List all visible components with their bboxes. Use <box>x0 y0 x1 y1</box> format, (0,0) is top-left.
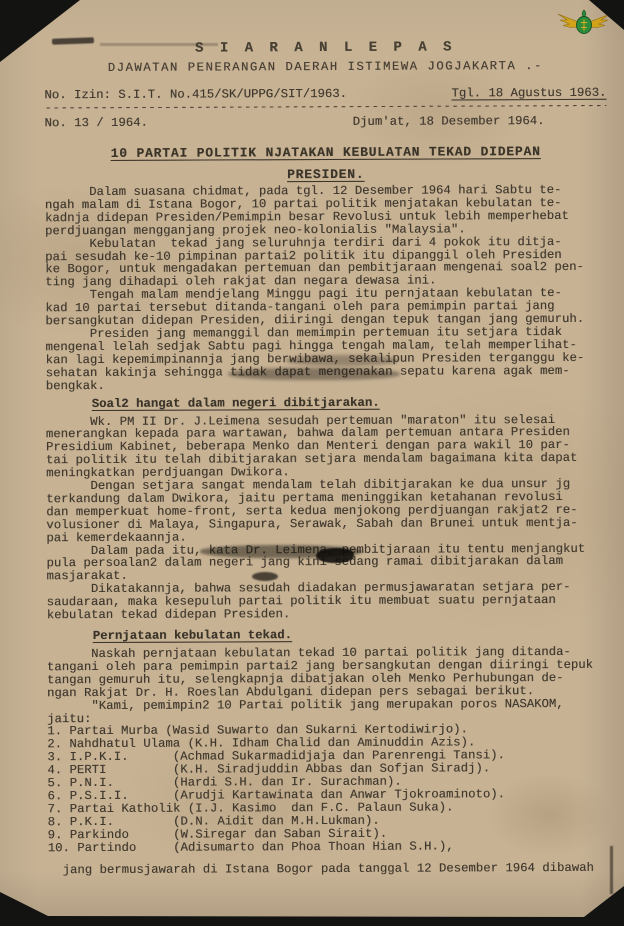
parties-list: 1. Partai Murba (Wasid Suwarto dan Sukar… <box>47 723 610 855</box>
permit-number: No. Izin: S.I.T. No.415/SK/UPPG/SIT/1963… <box>44 88 347 102</box>
paragraph-7: Dalam pada itu, kata Dr. Leimena, pembit… <box>46 542 608 583</box>
paragraph-8: Dikatakannja, bahwa sesudah diadakan per… <box>47 581 609 622</box>
paragraph-9: Naskah pernjataan kebulatan tekad 10 par… <box>47 646 609 726</box>
paragraph-5: Wk. PM II Dr. J.Leimena sesudah pertemua… <box>46 413 608 480</box>
party-row: 10. Partindo (Adisumarto dan Phoa Thoan … <box>48 839 610 854</box>
permit-row: No. Izin: S.I.T. No.415/SK/UPPG/SIT/1963… <box>44 87 606 102</box>
masthead-agency: DJAWATAN PENERANGAN DAERAH ISTIMEWA JOGJ… <box>44 59 606 75</box>
closing-line: jang bermusjawarah di Istana Bogor pada … <box>48 861 610 876</box>
scanned-document-page: S I A R A N L E P A S DJAWATAN PENERANGA… <box>0 0 624 926</box>
document-content: S I A R A N L E P A S DJAWATAN PENERANGA… <box>44 37 610 877</box>
headline: 10 PARTAI POLITIK NJATAKAN KEBULATAN TEK… <box>45 144 607 183</box>
issue-date: Djum'at, 18 Desember 1964. <box>353 115 545 129</box>
paragraph-2: Kebulatan tekad jang seluruhnja terdiri … <box>45 235 607 289</box>
permit-date: Tgl. 18 Agustus 1963. <box>451 87 606 101</box>
dashed-separator: ----------------------------------------… <box>44 101 606 114</box>
paragraph-1: Dalam suasana chidmat, pada tgl. 12 Dese… <box>45 184 607 238</box>
paper-sheet: S I A R A N L E P A S DJAWATAN PENERANGA… <box>0 0 624 926</box>
page-edge-crease <box>610 846 613 894</box>
paragraph-3: Tengah malam mendjelang Minggu pagi itu … <box>45 287 607 328</box>
masthead-title: S I A R A N L E P A S <box>44 39 606 58</box>
issue-number: No. 13 / 1964. <box>45 117 148 130</box>
issue-row: No. 13 / 1964. Djum'at, 18 Desember 1964… <box>45 115 607 130</box>
paragraph-4: Presiden jang memanggil dan memimpin per… <box>45 326 607 393</box>
paragraph-6: Dengan setjara sangat mendalam telah dib… <box>46 478 608 545</box>
headline-line1: 10 PARTAI POLITIK NJATAKAN KEBULATAN TEK… <box>45 144 607 161</box>
section-heading-domestic-issues: Soal2 hangat dalam negeri dibitjarakan. <box>92 395 608 410</box>
section-heading-declaration: Pernjataan kebulatan tekad. <box>93 628 609 643</box>
headline-line2: PRESIDEN. <box>45 166 607 183</box>
